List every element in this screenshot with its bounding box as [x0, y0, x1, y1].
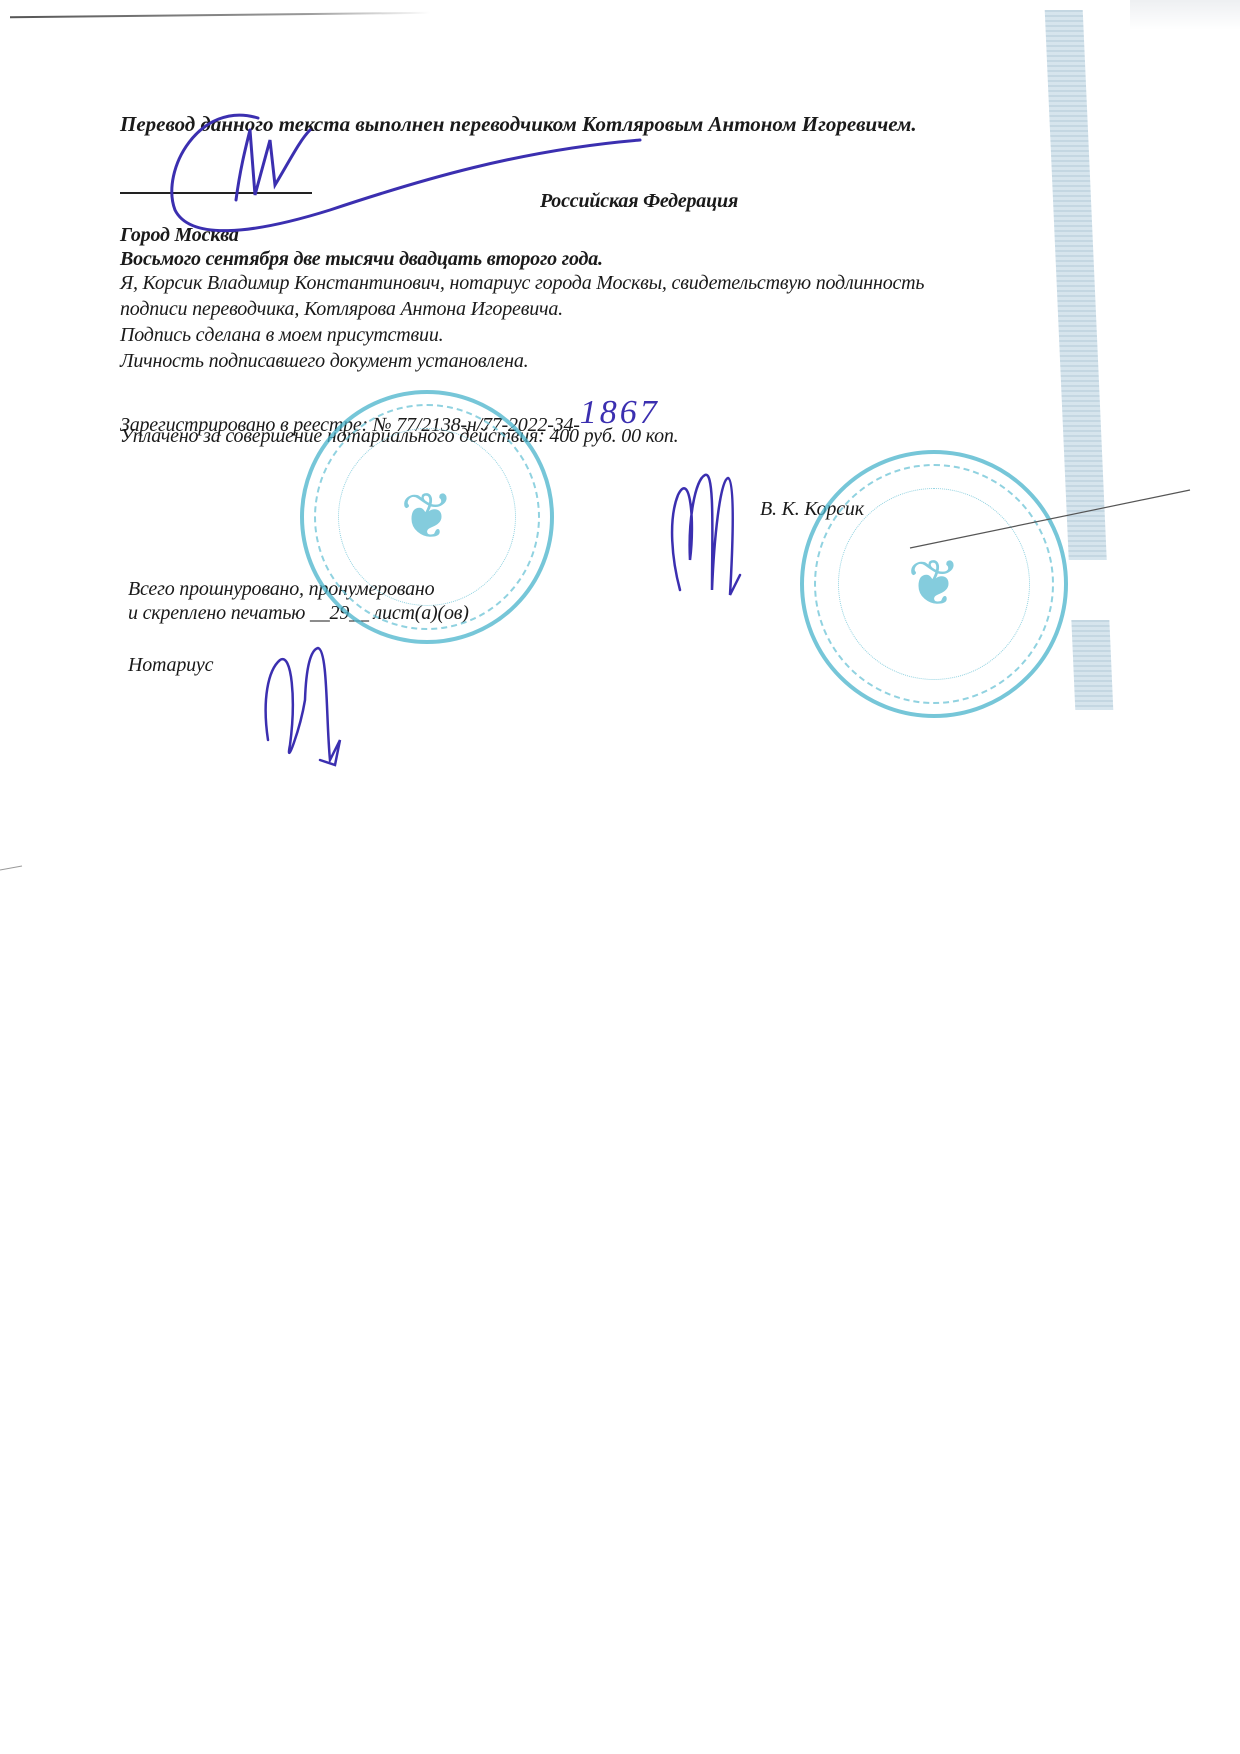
- notary-signature-bottom: [0, 0, 1240, 800]
